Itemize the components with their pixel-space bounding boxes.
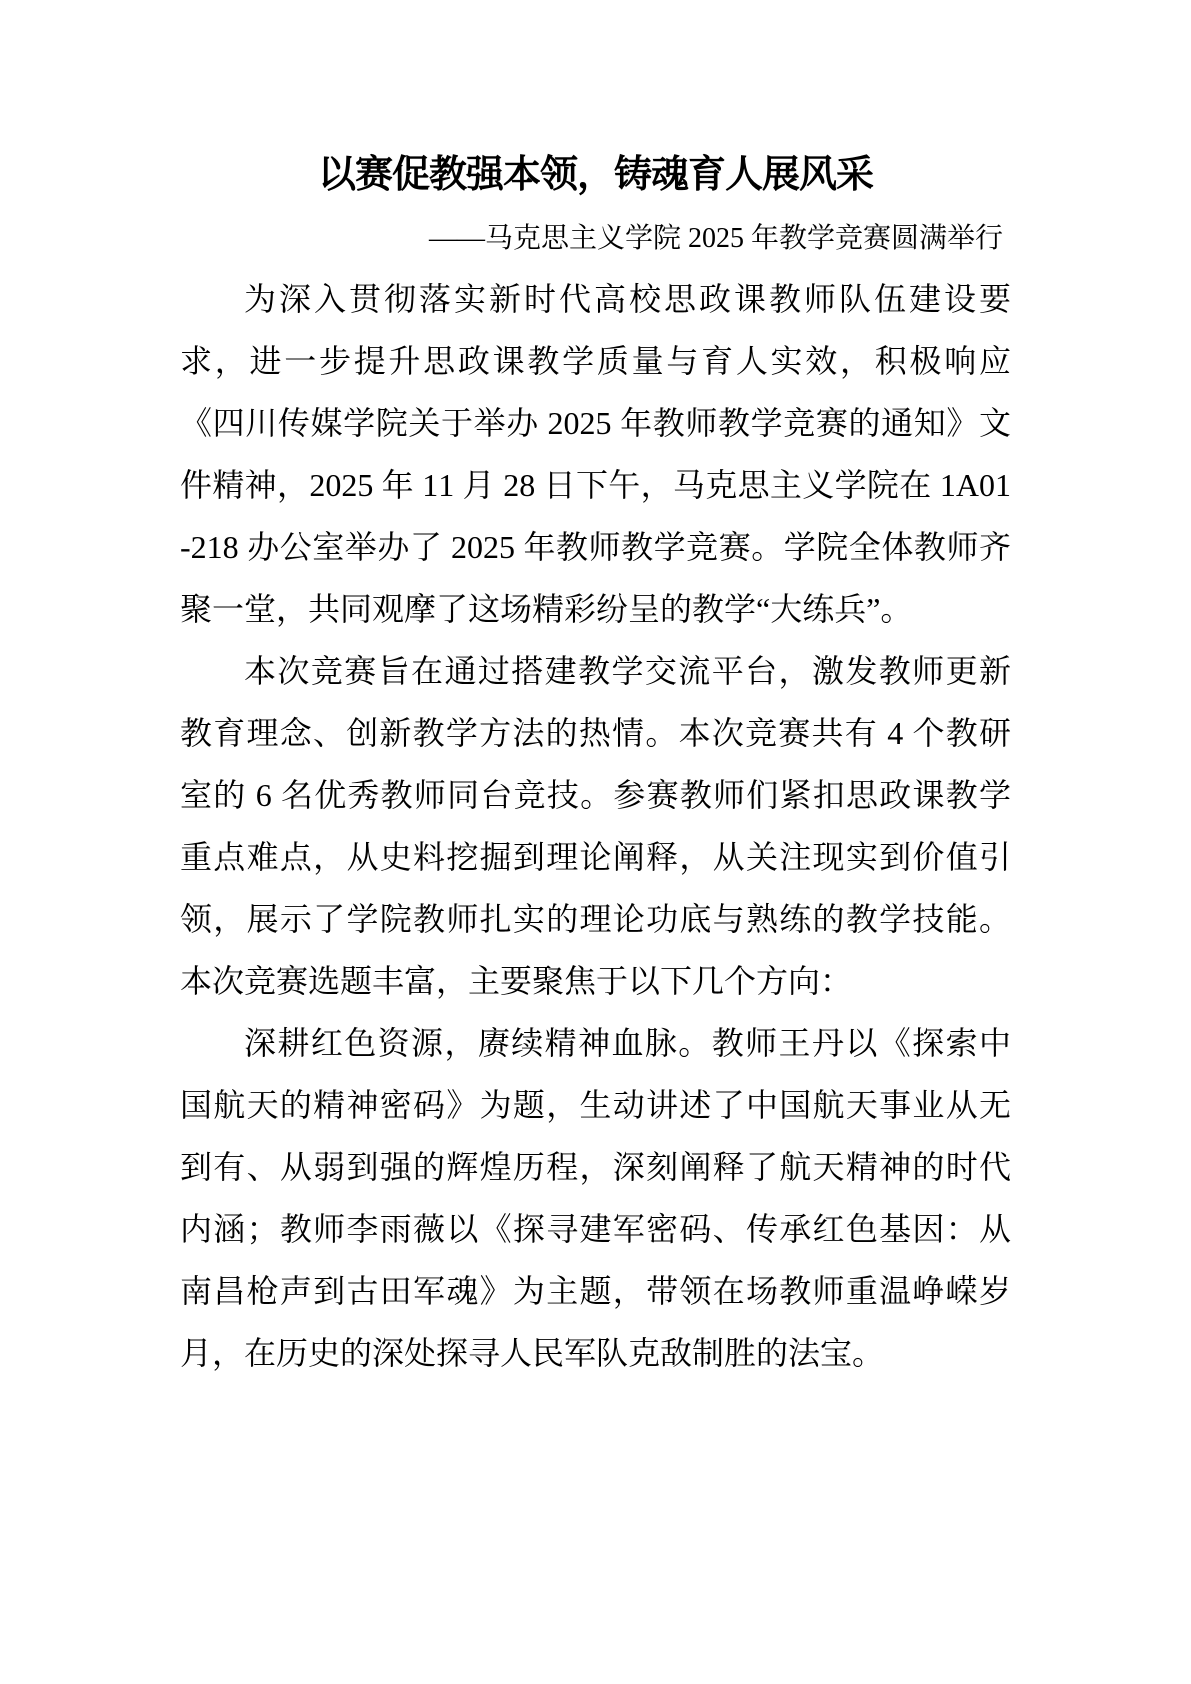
paragraph-2: 本次竞赛旨在通过搭建教学交流平台，激发教师更新教育理念、创新教学方法的热情。本次… — [180, 640, 1011, 1012]
document-page: 以赛促教强本领，铸魂育人展风采 ——马克思主义学院 2025 年教学竞赛圆满举行… — [0, 0, 1191, 1684]
page-title: 以赛促教强本领，铸魂育人展风采 — [180, 140, 1011, 210]
document-body: 为深入贯彻落实新时代高校思政课教师队伍建设要求，进一步提升思政课教学质量与育人实… — [180, 268, 1011, 1384]
paragraph-1: 为深入贯彻落实新时代高校思政课教师队伍建设要求，进一步提升思政课教学质量与育人实… — [180, 268, 1011, 640]
document-subtitle: ——马克思主义学院 2025 年教学竞赛圆满举行 — [180, 210, 1011, 268]
paragraph-3: 深耕红色资源，赓续精神血脉。教师王丹以《探索中国航天的精神密码》为题，生动讲述了… — [180, 1012, 1011, 1384]
